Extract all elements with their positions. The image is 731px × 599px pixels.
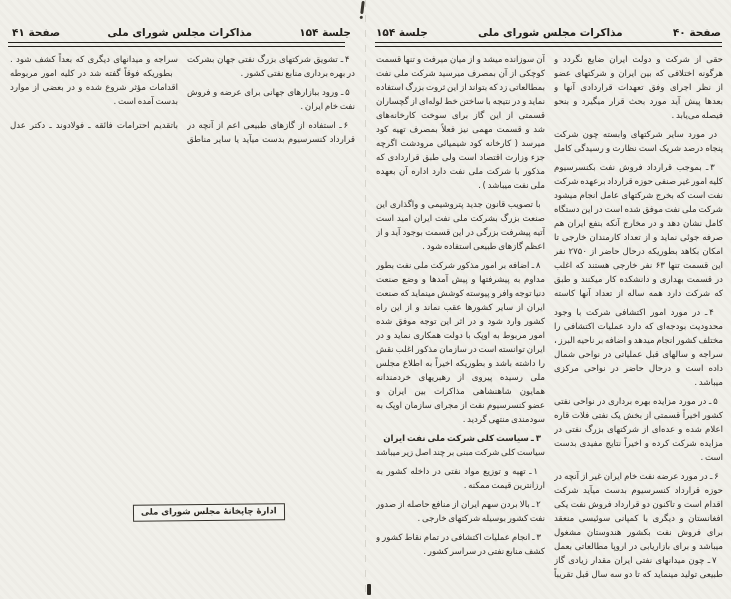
text-line: عضو کنسرسیوم نفت از مجرای سازمان اوپک به… — [376, 399, 545, 413]
text-line: ۴ ـ تشویق شرکتهای بزرگ نفتی جهان بشرکت — [187, 53, 355, 67]
page-number: صفحة ۴۰ — [673, 27, 721, 39]
text-line: قرارداد کنسرسیوم بدست میآید یا سایر مناط… — [187, 133, 355, 147]
text-line: صرفه جوئی نماید و از تعداد کارمندان خارج… — [554, 231, 723, 245]
text-line: ایران از سایر کشورها عقب نماند و از این … — [376, 301, 545, 315]
text-line: ۱ ـ تهیه و توزیع مواد نفتی در داخله کشور… — [376, 465, 545, 479]
page-header: صفحة ۴۱ مذاکرات مجلس شورای ملی جلسة ۱۵۴ — [0, 27, 365, 39]
text-line: ۸ ـ اضافه بر امور مذکور شرکت ملی نفت بطو… — [376, 259, 545, 273]
page-40: جلسة ۱۵۴ مذاکرات مجلس شورای ملی صفحة ۴۰ … — [366, 0, 731, 599]
text-line: شرکت ملی نفت موفق شده است در این دستگاه … — [554, 203, 723, 217]
text-line: ۵ ـ در مورد مزایده بهره برداری در نواحی … — [554, 395, 723, 409]
text-line: سیاست کلی شرکت مبنی بر چند اصل زیر میباش… — [376, 446, 545, 460]
text-line: داده است و درحال حاضر در نواحی مرکزی مشغ… — [554, 362, 723, 376]
text-line: ملی نفت میباشد ) . — [376, 179, 545, 193]
text-line: ۶ ـ در مورد عرضه نفت خام ایران غیر از آن… — [554, 470, 723, 484]
page-title: مذاکرات مجلس شورای ملی — [478, 27, 623, 39]
text-line: کلیه امور غیر صنفی حوزه قرارداد برعهده ش… — [554, 175, 723, 189]
text-line: هرگونه اختلافی که بین ایران و شرکتهای عض… — [554, 67, 723, 81]
text-line: مزایده شرکت کرده و اخیراً نتایج مفیدی بد… — [554, 437, 723, 451]
text-line: امور مربوط به اوپک با دولت همکاری نماید … — [376, 329, 545, 343]
text-column-left: سراجه و میدانهای دیگری که بعداً کشف شود … — [10, 53, 178, 147]
text-line: در مورد سایر شرکتهای وابسته چون شرکت — [554, 128, 723, 142]
text-line: همایون شاهنشاهی مذاکرات بین ایران و شرکت… — [376, 385, 545, 399]
text-line: با تصویب قانون جدید پتروشیمی و واگذاری ا… — [376, 198, 545, 212]
text-line: مختلف کشور انجام میدهد و اضافه بر ناحیه … — [554, 334, 723, 348]
text-line: میباشد و برای بازاریابی در اروپا مطالعات… — [554, 540, 723, 554]
text-line: اقدامات مؤثر شروع شده و در بعضی از موارد… — [10, 81, 178, 95]
text-line: بعدها پیش آید مورد بحث قرار میگیرد و بنح… — [554, 95, 723, 109]
text-line: برای فروش نفت بکشور هندوستان مشغول مذاکر… — [554, 526, 723, 540]
text-line: مداوم به پیشرفتها و پیش آمدها و وضع صنعت… — [376, 273, 545, 287]
text-line: پنجاه درصد شریک است نظارت و رسیدگی کامل … — [554, 142, 723, 156]
text-line: ۳ ـ انجام عملیات اکتشافی در تمام نقاط کش… — [376, 531, 545, 545]
print-office-stamp: ادارهٔ چاپخانهٔ مجلس شورای ملی — [133, 503, 285, 522]
text-line: سراجه و میدانهای دیگری که بعداً کشف شود … — [10, 53, 178, 67]
text-line: ۴ ـ در مورد امور اکتشافی شرکت با وجود — [554, 306, 723, 320]
text-line: بطوریکه فوقاً گفته شد در کلیه امور مربوط… — [10, 67, 178, 81]
text-line: نماید و در نتیجه با ساختن خط لوله‌ای از … — [376, 95, 545, 109]
text-line: ۶ ـ استفاده از گازهای طبیعی اعم از آنچه … — [187, 119, 355, 133]
text-line: صنعت بزرگ بشرکت ملی نفت ایران امید است ک… — [376, 212, 545, 226]
text-line: نفت کشور بوسیله شرکتهای خارجی . — [376, 512, 545, 526]
page-number: صفحة ۴۱ — [12, 27, 60, 39]
text-line: طبیعی تولید مینماید که تا دو سه سال قبل … — [554, 568, 723, 582]
text-line: بدست آمده است . — [10, 95, 178, 109]
text-line: حقی از شرکت و دولت ایران ضایع نگردد و — [554, 53, 723, 67]
text-columns: ۴ ـ تشویق شرکتهای بزرگ نفتی جهان بشرکتدر… — [0, 53, 365, 147]
text-line: نفت است که بخرج شرکتهای عامل انجام میشود… — [554, 189, 723, 203]
text-line: ارزانترین قیمت ممکنه . — [376, 479, 545, 493]
text-line: محدودیت بودجه‌ای که دارد عملیات اکتشافی … — [554, 320, 723, 334]
text-line: ایران توانسته است در سازمان مذکور اغلب ن… — [376, 343, 545, 357]
page-header: جلسة ۱۵۴ مذاکرات مجلس شورای ملی صفحة ۴۰ — [366, 27, 731, 39]
text-line: که شرکت دارد همه ساله از تعداد آنها کاست… — [554, 287, 723, 301]
text-line: اعلام شده و عده‌ای از شرکتهای بزرگ نفتی … — [554, 423, 723, 437]
text-line: از نظر اجرای وفق تعهدات قراردادی آنها و … — [554, 81, 723, 95]
text-line: در بهره برداری منابع نفتی کشور . — [187, 67, 355, 81]
header-rule — [8, 42, 345, 47]
text-line: سودمندی منتهی گردید . — [376, 413, 545, 427]
session-number: جلسة ۱۵۴ — [299, 27, 351, 39]
text-line: ۵ ـ ورود ببازارهای جهانی برای عرضه و فرو… — [187, 86, 355, 100]
scanned-document-spread: صفحة ۴۱ مذاکرات مجلس شورای ملی جلسة ۱۵۴ … — [0, 0, 731, 599]
text-line: باتقدیم احترامات فائقه ـ فولادوند ـ دکتر… — [10, 119, 178, 133]
text-line: قسمتی از این گاز برای سوخت کارخانه‌های ف… — [376, 109, 545, 123]
text-line: کوچکی از آن بمصرف میرسید شرکت ملی نفت دس… — [376, 67, 545, 81]
text-line: سراجه و سالهای قبل عملیاتی در نواحی شمال… — [554, 348, 723, 362]
text-line: میرسد ( کارخانه کود شیمیائی مرودشت اگرچه… — [376, 137, 545, 151]
text-line: امکان بکاهد بطوریکه درحال حاضر از ۲۷۵۰ ن… — [554, 245, 723, 259]
text-line: در قسمت بهداری و دانشکده کار میکنند و طب… — [554, 273, 723, 287]
text-line: این قسمت تنها ۶۳ نفر خارجی هستند که اغلب… — [554, 259, 723, 273]
text-line: ۳ ـ بموجب قرارداد فروش نفت بکنسرسیوم ایج… — [554, 161, 723, 175]
session-number: جلسة ۱۵۴ — [376, 27, 428, 39]
text-line: ۲ ـ بالا بردن سهم ایران از منافع حاصله ا… — [376, 498, 545, 512]
text-line: کشف منابع نفتی در سراسر کشور . — [376, 545, 545, 559]
text-line: افغانستان و دیگری با کمپانی سوئیسی منعقد… — [554, 512, 723, 526]
page-title: مذاکرات مجلس شورای ملی — [107, 27, 252, 39]
text-line: ۷ ـ چون میدانهای نفتی ایران مقدار زیادی … — [554, 554, 723, 568]
text-column-left: آن سوزانده میشد و از میان میرفت و تنها ق… — [376, 53, 545, 582]
text-line: کشور وارد شود و در اثر این توجه موفق شده… — [376, 315, 545, 329]
header-rule — [375, 42, 722, 47]
text-line: شد و قسمت مهمی نیز فعلاً بمصرف تهیه کود … — [376, 123, 545, 137]
text-line: فیصله می‌یابد . — [554, 109, 723, 123]
text-line: جزء وزارت اقتصاد است ولی طبق قراردادی که… — [376, 151, 545, 165]
text-line: کشور اخیراً قسمتی از بخش یک نفتی فلات قا… — [554, 409, 723, 423]
text-line: بمطالعاتی زد که بتواند از این ثروت بزرگ … — [376, 81, 545, 95]
text-line: آتیه پیشرفت بزرگی در این قسمت بوجود آید … — [376, 226, 545, 240]
text-line: ۳ ـ سیاست کلی شرکت ملی نفت ایران — [376, 432, 545, 446]
text-line: دنیا توجه وافر و پیوسته کوشش مینماید که … — [376, 287, 545, 301]
text-line: آن سوزانده میشد و از میان میرفت و تنها ق… — [376, 53, 545, 67]
text-line: ملی رسیده پیروی از رهبریهای خردمندانه اع… — [376, 371, 545, 385]
text-line: است . — [554, 451, 723, 465]
text-line: اقدام است و تاکنون دو قرارداد فروش نفت ی… — [554, 498, 723, 512]
text-line: میباشد . — [554, 376, 723, 390]
text-line: اعظم گازهای طبیعی استفاده شود . — [376, 240, 545, 254]
text-columns: حقی از شرکت و دولت ایران ضایع نگردد وهرگ… — [366, 53, 731, 582]
text-line: مذکور با شرکت ملی نفت دارد اداره آن بعهد… — [376, 165, 545, 179]
text-column-right: ۴ ـ تشویق شرکتهای بزرگ نفتی جهان بشرکتدر… — [187, 53, 355, 147]
text-column-right: حقی از شرکت و دولت ایران ضایع نگردد وهرگ… — [554, 53, 723, 582]
text-line: حوزه قرارداد کنسرسیوم بدست میآید شرکت مش… — [554, 484, 723, 498]
page-41: صفحة ۴۱ مذاکرات مجلس شورای ملی جلسة ۱۵۴ … — [0, 0, 365, 599]
text-line: نفت خام ایران . — [187, 100, 355, 114]
text-line: کامل نشان دهد و در مخارج آنکه بنفع ایران… — [554, 217, 723, 231]
text-line: را داشته باشد و بطوریکه اخیراً به اطلاع … — [376, 357, 545, 371]
